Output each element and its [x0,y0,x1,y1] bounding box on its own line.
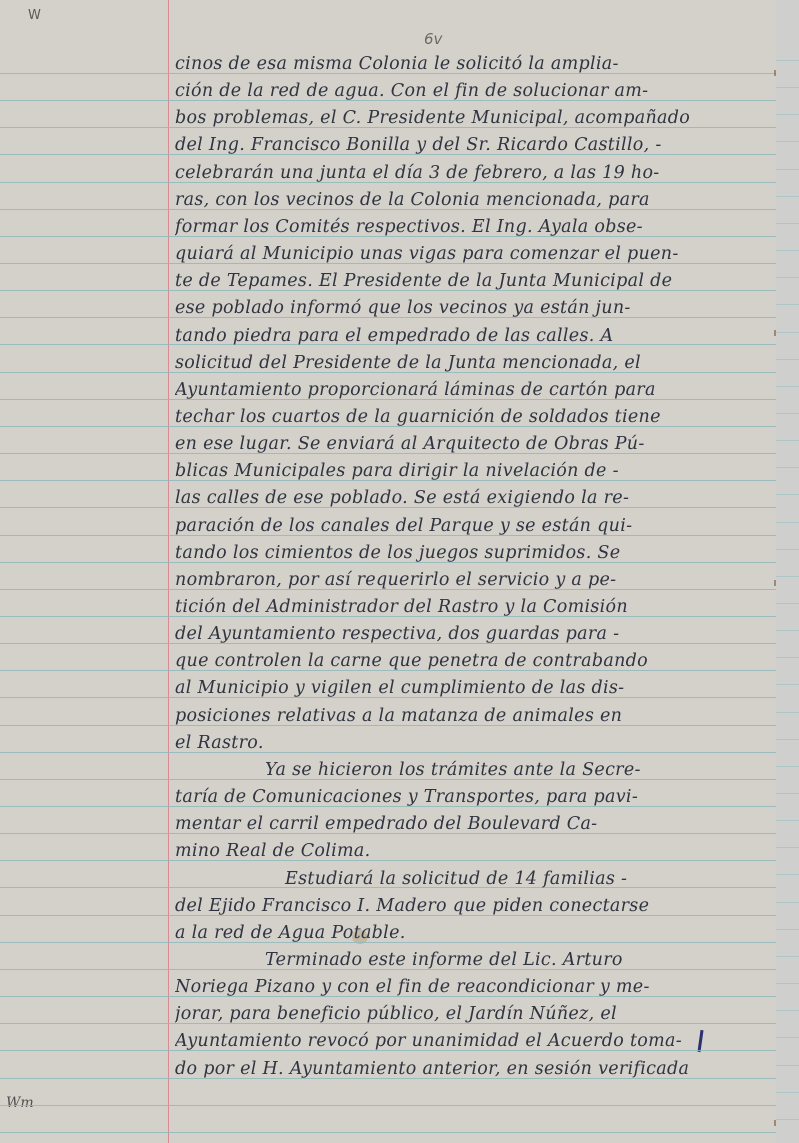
text-line: jorar, para beneficio público, el Jardín… [175,1003,765,1025]
rule-line-next-page [776,793,799,794]
rule-line-next-page [776,413,799,414]
text-line: mino Real de Colima. [175,840,765,862]
rule-line-next-page [776,929,799,930]
text-line: que controlen la carne que penetra de co… [175,650,765,672]
text-line: nombraron, por así requerirlo el servici… [175,569,765,591]
text-line: do por el H. Ayuntamiento anterior, en s… [175,1058,765,1080]
rule-line-next-page [776,114,799,115]
text-line: formar los Comités respectivos. El Ing. … [175,216,765,238]
text-line: del Ejido Francisco I. Madero que piden … [175,895,765,917]
rule-line-next-page [776,440,799,441]
text-line: Ayuntamiento proporcionará láminas de ca… [175,379,765,401]
rule-line-next-page [776,87,799,88]
margin-mark-bottom: Wm [6,1095,34,1111]
text-line: quiará al Municipio unas vigas para come… [175,243,765,265]
text-line: blicas Municipales para dirigir la nivel… [175,460,765,482]
rule-line-next-page [776,196,799,197]
text-line: a la red de Agua Potable. [175,922,765,944]
rule-line-next-page [776,1119,799,1120]
text-line: Estudiará la solicitud de 14 familias - [175,868,765,890]
rule-line-next-page [776,359,799,360]
text-line: del Ing. Francisco Bonilla y del Sr. Ric… [175,134,765,156]
text-line: tando piedra para el empedrado de las ca… [175,325,765,347]
text-line: cinos de esa misma Colonia le solicitó l… [175,53,765,75]
rule-line [0,1105,776,1106]
text-line: tando los cimientos de los juegos suprim… [175,542,765,564]
rule-line-next-page [776,603,799,604]
rule-line-next-page [776,467,799,468]
text-line: al Municipio y vigilen el cumplimiento d… [175,677,765,699]
rule-line-next-page [776,494,799,495]
text-line: celebrarán una junta el día 3 de febrero… [175,162,765,184]
text-line: Noriega Pizano y con el fin de reacondic… [175,976,765,998]
rule-line-next-page [776,304,799,305]
rule-line-next-page [776,549,799,550]
text-line: Ya se hicieron los trámites ante la Secr… [175,759,765,781]
text-line: Terminado este informe del Lic. Arturo [175,949,765,971]
rule-line-next-page [776,386,799,387]
rule-line-next-page [776,522,799,523]
margin-mark-top: W [28,8,41,23]
rule-line-next-page [776,1092,799,1093]
rule-line-next-page [776,1037,799,1038]
rule-line-next-page [776,1065,799,1066]
text-line: Ayuntamiento revocó por unanimidad el Ac… [175,1030,765,1052]
rule-line-next-page [776,1010,799,1011]
text-line: techar los cuartos de la guarnición de s… [175,406,765,428]
rule-line-next-page [776,983,799,984]
rule-line-next-page [776,141,799,142]
text-line: el Rastro. [175,732,765,754]
text-line: en ese lugar. Se enviará al Arquitecto d… [175,433,765,455]
rule-line-next-page [776,847,799,848]
rule-line-next-page [776,332,799,333]
rule-line-next-page [776,712,799,713]
rule-line-next-page [776,630,799,631]
rule-line-next-page [776,277,799,278]
rule-line [0,1132,776,1133]
rule-line-next-page [776,956,799,957]
text-line: tición del Administrador del Rastro y la… [175,596,765,618]
text-line: bos problemas, el C. Presidente Municipa… [175,107,765,129]
text-line: ras, con los vecinos de la Colonia menci… [175,189,765,211]
folio-number: 6v [424,30,442,48]
rule-line-next-page [776,820,799,821]
rule-line-next-page [776,874,799,875]
rule-line-next-page [776,169,799,170]
ledger-page: 6v W Wm cinos de esa misma Colonia le so… [0,0,776,1143]
text-line: del Ayuntamiento respectiva, dos guardas… [175,623,765,645]
text-line: mentar el carril empedrado del Boulevard… [175,813,765,835]
text-line: te de Tepames. El Presidente de la Junta… [175,270,765,292]
rule-line-next-page [776,739,799,740]
rule-line-next-page [776,684,799,685]
rule-line-next-page [776,60,799,61]
red-margin-line [168,0,169,1143]
text-line: taría de Comunicaciones y Transportes, p… [175,786,765,808]
text-line: paración de los canales del Parque y se … [175,515,765,537]
rule-line-next-page [776,766,799,767]
rule-line-next-page [776,223,799,224]
text-line: ción de la red de agua. Con el fin de so… [175,80,765,102]
next-page-edge [776,0,799,1143]
rule-line-next-page [776,657,799,658]
text-line: posiciones relativas a la matanza de ani… [175,705,765,727]
rule-line-next-page [776,250,799,251]
rule-line-next-page [776,902,799,903]
rule-line-next-page [776,576,799,577]
text-line: ese poblado informó que los vecinos ya e… [175,297,765,319]
text-line: las calles de ese poblado. Se está exigi… [175,487,765,509]
text-line: solicitud del Presidente de la Junta men… [175,352,765,374]
